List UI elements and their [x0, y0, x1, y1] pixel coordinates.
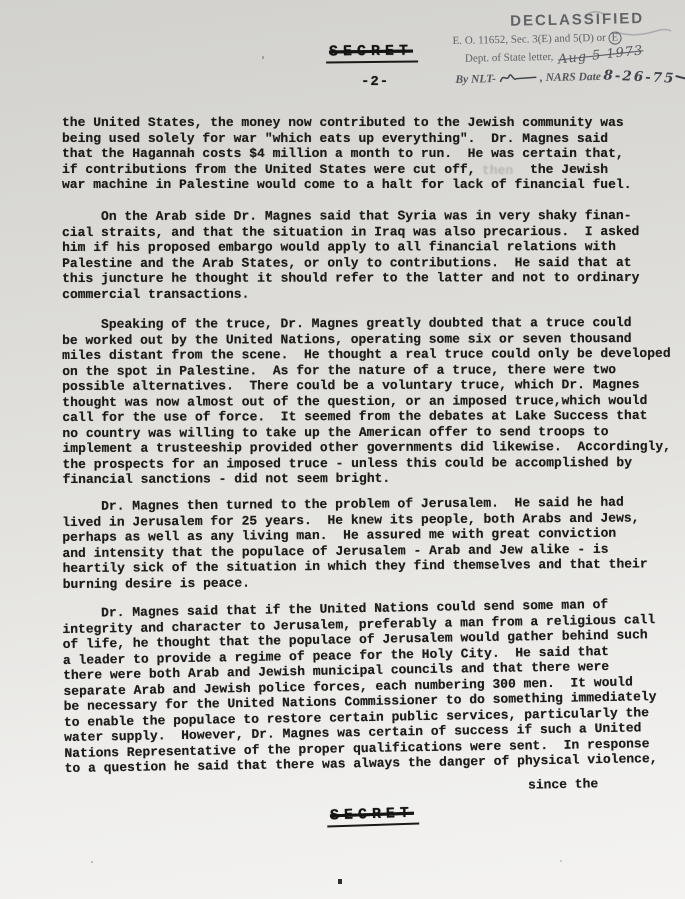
paragraph-5: Dr. Magnes said that if the United Natio…: [62, 596, 658, 776]
paragraph-4: Dr. Magnes then turned to the problem of…: [62, 494, 648, 592]
ink-speck: [338, 879, 342, 884]
letter-label: Dept. of State letter,: [465, 51, 554, 65]
classification-stamp-bottom: SECRET: [327, 805, 420, 828]
paragraph-1: the United States, the money now contrib…: [62, 115, 632, 193]
declassification-stamp: DECLASSIFIED E. O. 11652, Sec. 3(E) and …: [452, 9, 685, 87]
declassified-title: DECLASSIFIED: [510, 9, 685, 30]
circled-e: E: [608, 31, 621, 44]
ink-speck: [560, 860, 562, 862]
nars-label: , NARS Date: [540, 71, 601, 84]
signature-icon: [497, 69, 539, 86]
ink-speck: [262, 56, 264, 59]
paragraph-2: On the Arab side Dr. Magnes said that Sy…: [62, 208, 639, 302]
eo-text: E. O. 11652, Sec. 3(E) and 5(D) or: [452, 32, 605, 47]
classification-stamp-top: SECRET: [326, 43, 418, 64]
stamp-eo-line: E. O. 11652, Sec. 3(E) and 5(D) or E: [452, 30, 685, 48]
erased-word: then: [482, 163, 513, 178]
by-label: By NLT-: [455, 73, 496, 86]
document-page: SECRET -2- DECLASSIFIED E. O. 11652, Sec…: [0, 0, 685, 899]
continuation-catchword: since the: [528, 776, 598, 792]
handwritten-nars-date: 8-26-75: [603, 67, 676, 87]
ink-speck: [91, 861, 93, 863]
paragraph-3: Speaking of the truce, Dr. Magnes greatl…: [62, 315, 671, 488]
page-number: -2-: [361, 74, 389, 90]
